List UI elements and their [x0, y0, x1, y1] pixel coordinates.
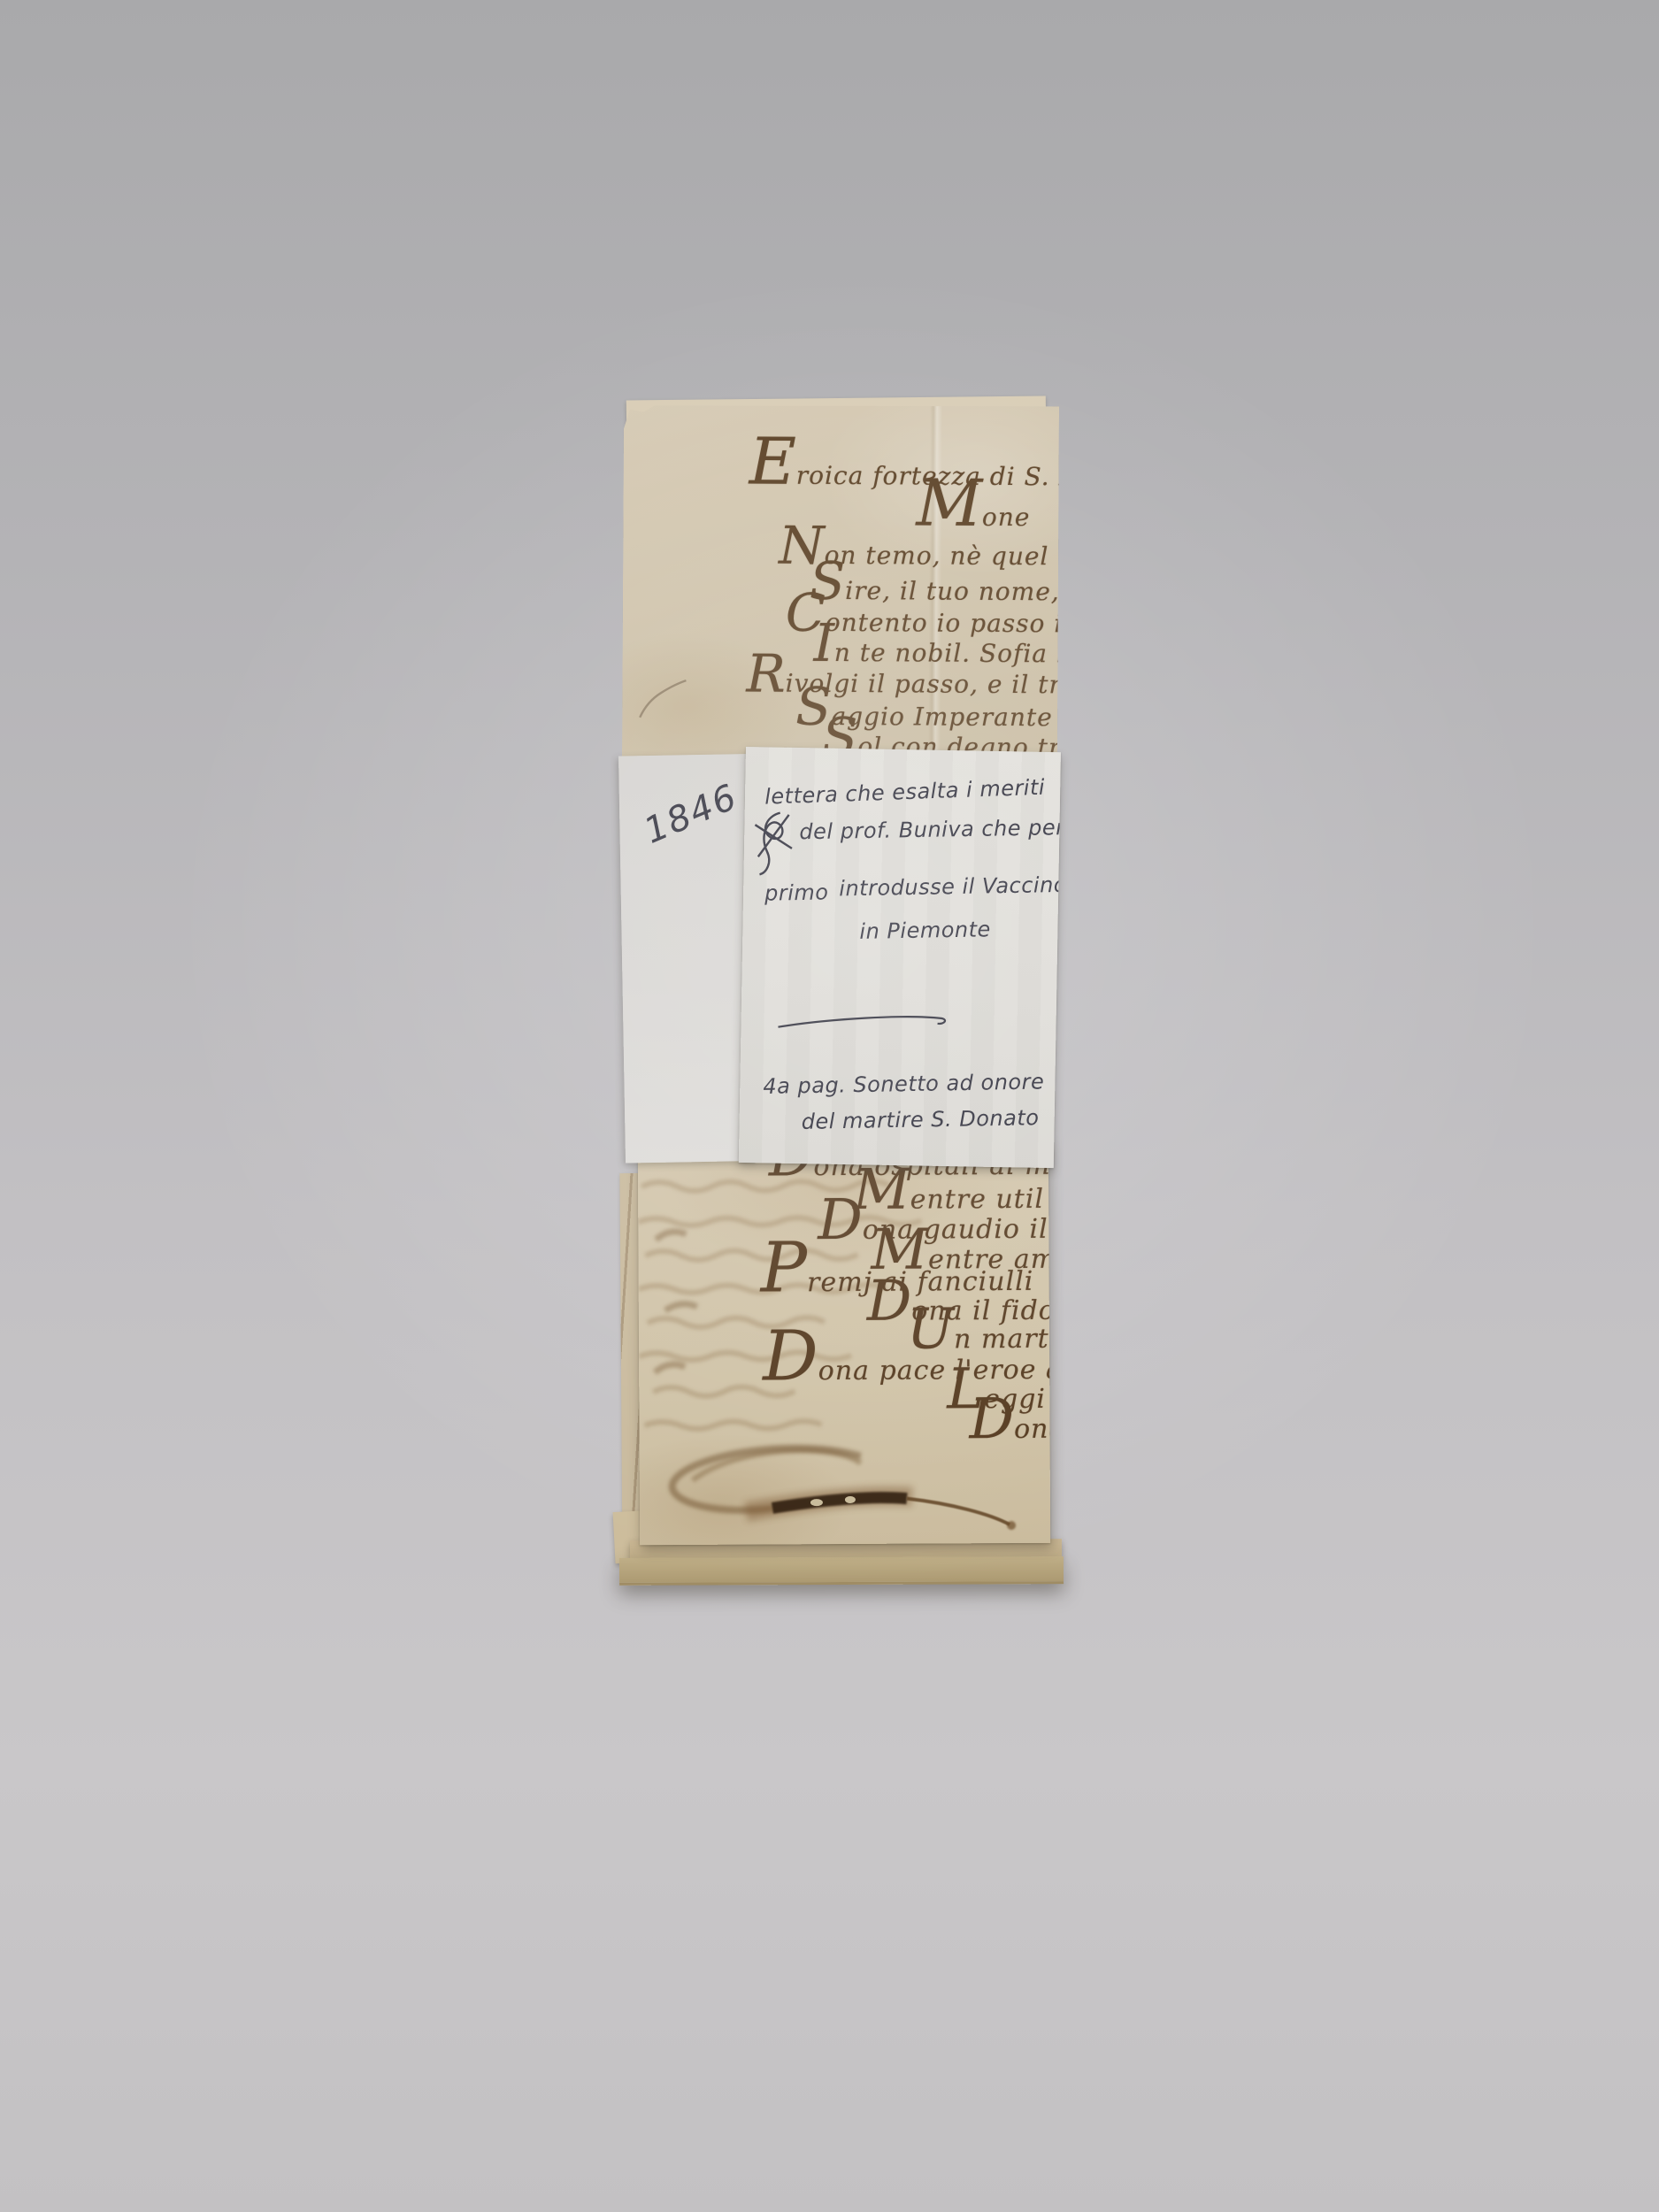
tracing-sheet: 1846 — [618, 754, 758, 1164]
note-card-line: primo — [764, 879, 829, 905]
photo-of-manuscript: Eroica fortezza di S. D Mone Non temo, n… — [0, 0, 1659, 2212]
note-card-line: in Piemonte — [859, 917, 991, 944]
manuscript-lower-page: Dona ospitali ai m Mentre util ca Dona g… — [638, 1141, 1050, 1545]
divider-pen-stroke — [774, 1010, 955, 1036]
year-annotation: 1846 — [639, 777, 744, 852]
manuscript-upper-page: Eroica fortezza di S. D Mone Non temo, n… — [622, 404, 1059, 763]
note-card-line: introdusse il Vaccino — [839, 872, 1061, 901]
manuscript-line: Eroica fortezza di S. D — [749, 449, 1059, 490]
note-card-footer-line: del martire S. Donato — [801, 1105, 1039, 1134]
note-card-line: lettera che esalta i meriti — [764, 775, 1046, 810]
manuscript-line: Mone — [916, 490, 1030, 531]
pencil-smudge-mark — [634, 666, 696, 728]
note-card: lettera che esalta i meriti del prof. Bu… — [739, 747, 1061, 1168]
manuscript-line: Dona un m — [969, 1405, 1050, 1443]
stack-bottom-edge-2 — [619, 1556, 1064, 1586]
note-card-line: del prof. Buniva che per — [799, 815, 1061, 844]
note-card-footer-line: 4a pag. Sonetto ad onore — [763, 1069, 1044, 1099]
crossed-scribble-mark — [749, 805, 798, 884]
